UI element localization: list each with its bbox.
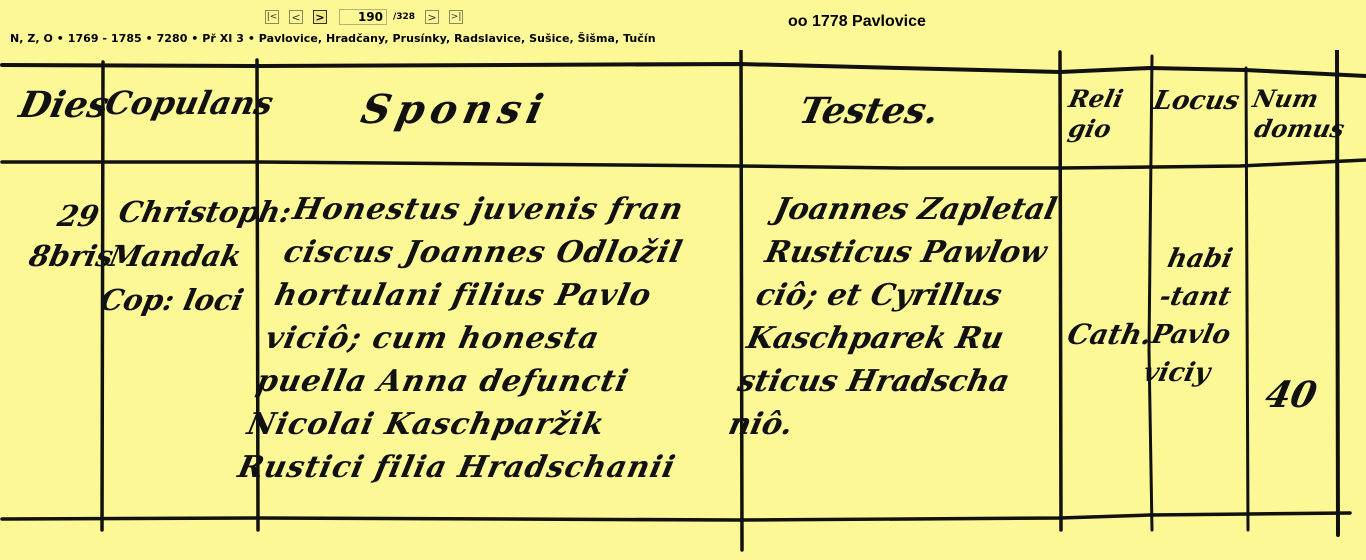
record-metadata: N, Z, O • 1769 - 1785 • 7280 • Př XI 3 •… xyxy=(10,32,656,45)
sponsi-line: Rustici filia Hradschanii xyxy=(234,446,680,489)
first-page-button[interactable]: |< xyxy=(265,10,279,24)
chevron-right-icon: > xyxy=(427,12,436,23)
sponsi-line: ciscus Joannes Odložil xyxy=(280,231,726,274)
entry-copulans: Christoph: Mandak Cop: loci xyxy=(96,190,296,322)
sponsi-line: puella Anna defuncti xyxy=(252,360,698,403)
testes-line: sticus Hradscha xyxy=(734,360,1024,403)
last-page-icon: >| xyxy=(451,13,462,22)
page-title: oo 1778 Pavlovice xyxy=(788,13,926,31)
column-header-sponsi: Sponsi xyxy=(357,86,553,133)
page-total: /328 xyxy=(393,12,415,22)
column-header-religio-line2: gio xyxy=(1060,114,1120,144)
column-header-locus: Locus xyxy=(1151,86,1242,116)
chevron-left-icon: < xyxy=(291,12,300,23)
locus-line: viciy xyxy=(1140,354,1226,392)
column-header-num-line1: Num xyxy=(1250,84,1354,114)
entry-house-number: 40 xyxy=(1262,374,1321,416)
register-scan: Dies Copulans Sponsi Testes. Reli gio Lo… xyxy=(0,50,1366,560)
entry-copulans-line: Mandak xyxy=(105,234,286,278)
entry-sponsi: Honestus juvenis fran ciscus Joannes Odl… xyxy=(234,188,735,489)
current-page-marker[interactable]: > xyxy=(313,10,327,24)
column-header-dies: Dies xyxy=(16,84,113,126)
testes-line: niô. xyxy=(725,403,1015,446)
first-page-icon: |< xyxy=(267,13,278,22)
testes-line: Joannes Zapletal xyxy=(770,188,1060,231)
entry-religio: Cath. xyxy=(1064,318,1154,351)
column-header-copulans: Copulans xyxy=(102,84,277,122)
entry-copulans-line: Christoph: xyxy=(115,190,296,234)
previous-page-button[interactable]: < xyxy=(289,10,303,24)
column-header-num-line2: domus xyxy=(1244,114,1348,144)
next-page-button[interactable]: > xyxy=(425,10,439,24)
last-page-button[interactable]: >| xyxy=(449,10,463,24)
play-icon: > xyxy=(315,12,324,23)
column-header-religio-line1: Reli xyxy=(1066,84,1126,114)
entry-dies-month: 8bris xyxy=(25,236,117,276)
sponsi-line: Nicolai Kaschparžik xyxy=(243,403,689,446)
locus-line: -tant xyxy=(1156,278,1242,316)
page-navigation: |< < > /328 > >| xyxy=(265,8,463,26)
entry-testes: Joannes Zapletal Rusticus Pawlow ciô; et… xyxy=(725,188,1061,446)
testes-line: ciô; et Cyrillus xyxy=(752,274,1042,317)
locus-line: Pavlo xyxy=(1148,316,1234,354)
sponsi-line: viciô; cum honesta xyxy=(261,317,707,360)
page-number-input[interactable] xyxy=(339,9,387,25)
entry-dies-day: 29 xyxy=(34,196,126,236)
column-header-testes: Testes. xyxy=(796,90,943,132)
column-header-numerus-domus: Num domus xyxy=(1244,84,1354,144)
testes-line: Rusticus Pawlow xyxy=(761,231,1051,274)
testes-line: Kaschparek Ru xyxy=(743,317,1033,360)
sponsi-line: Honestus juvenis fran xyxy=(289,188,735,231)
sponsi-line: hortulani filius Pavlo xyxy=(271,274,717,317)
locus-line: habi xyxy=(1164,240,1250,278)
entry-copulans-line: Cop: loci xyxy=(96,278,277,322)
